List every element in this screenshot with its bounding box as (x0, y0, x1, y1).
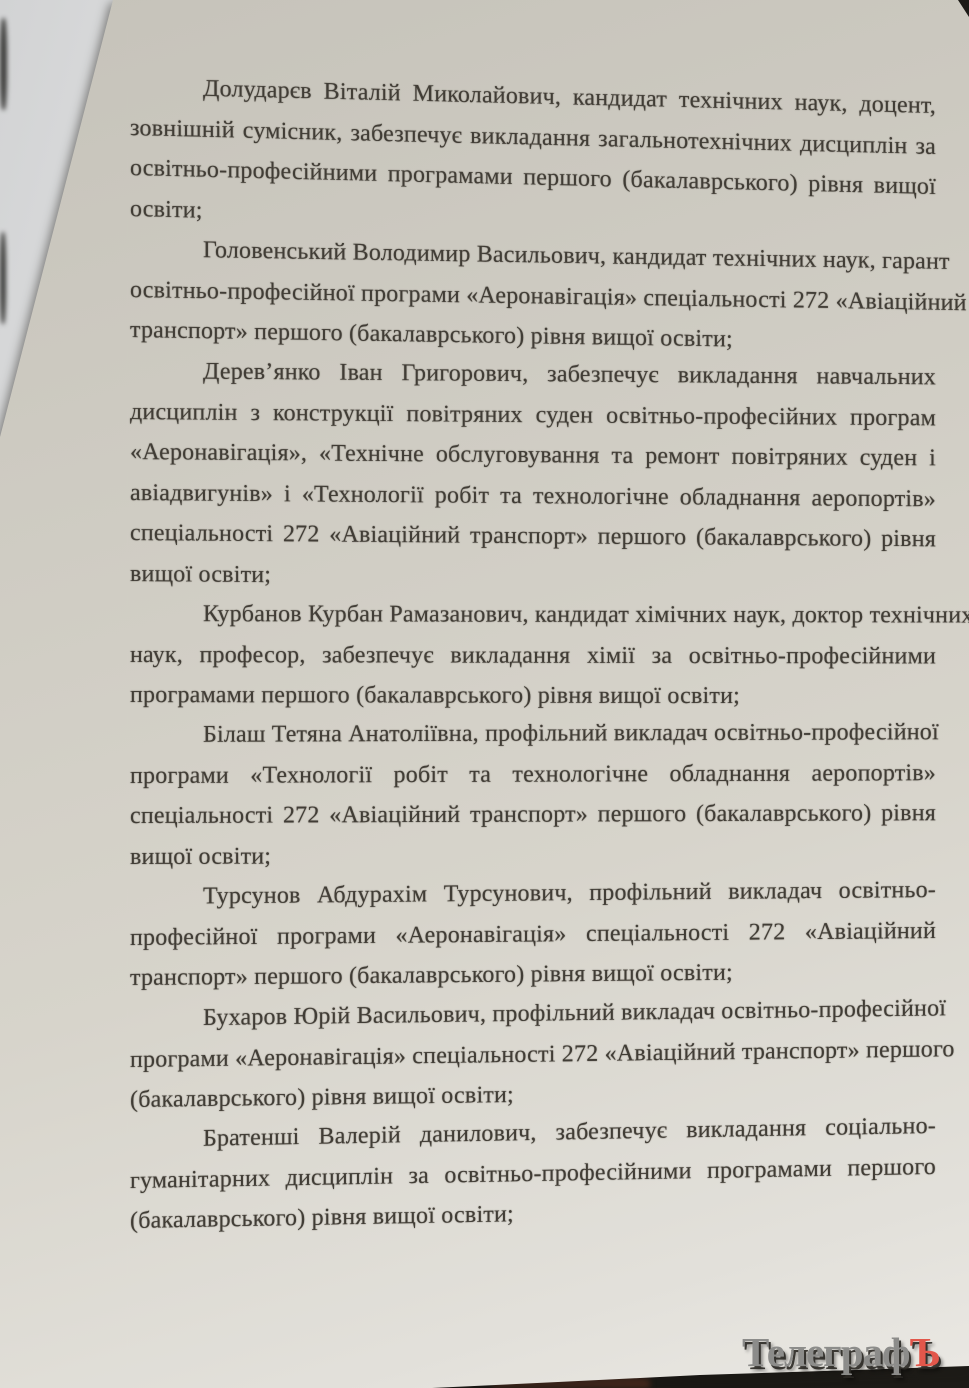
paragraph: Долударєв Віталій Миколайович, кандидат … (130, 67, 936, 248)
paragraph: Головенський Володимир Васильович, канди… (130, 229, 936, 363)
text-line: програми «Технології робіт та технологіч… (130, 753, 936, 796)
text-line: Курбанов Курбан Рамазанович, кандидат хі… (130, 594, 936, 636)
text-line: Дерев’янко Іван Григорович, забезпечує в… (130, 351, 936, 398)
text-line: наук, професор, забезпечує викладання хі… (130, 634, 936, 676)
text-line: вищої освіти; (130, 553, 936, 600)
text-line: спеціальності 272 «Авіаційний транспорт»… (130, 793, 936, 836)
watermark-red-letter: Ъ (909, 1329, 939, 1375)
text-line: програмами першого (бакалаврського) рівн… (130, 675, 936, 717)
paragraph: Братенші Валерій данилович, забезпечує в… (130, 1106, 936, 1242)
paragraph: Бухаров Юрій Васильович, профільний викл… (130, 988, 936, 1120)
text-line: спеціальності 272 «Авіаційний транспорт»… (130, 513, 936, 560)
paragraph: Дерев’янко Іван Григорович, забезпечує в… (130, 351, 936, 600)
text-line: Білаш Тетяна Анатоліївна, профільний вик… (130, 712, 936, 755)
photo-scene: Долударєв Віталій Миколайович, кандидат … (0, 0, 969, 1388)
paragraph: Білаш Тетяна Анатоліївна, профільний вик… (130, 712, 936, 877)
paragraph: Турсунов Абдурахім Турсунович, профільни… (130, 870, 936, 999)
text-line: дисциплін з конструкції повітряних суден… (130, 391, 936, 438)
document-page-wrap: Долударєв Віталій Миколайович, кандидат … (0, 0, 969, 1388)
paragraph: Курбанов Курбан Рамазанович, кандидат хі… (130, 594, 936, 717)
text-line: авіадвигунів» і «Технології робіт та тех… (130, 472, 936, 519)
document-page: Долударєв Віталій Миколайович, кандидат … (0, 0, 969, 1388)
text-line: Турсунов Абдурахім Турсунович, профільни… (130, 870, 936, 918)
text-line: «Аеронавігація», «Технічне обслуговуванн… (130, 432, 936, 479)
document-text: Долударєв Віталій Миколайович, кандидат … (130, 67, 936, 1242)
text-line: професійної програми «Аеронавігація» спе… (130, 910, 936, 958)
watermark-telegraf: ТелеграфЪ (742, 1328, 940, 1376)
watermark-gray-text: Телеграф (742, 1329, 909, 1375)
